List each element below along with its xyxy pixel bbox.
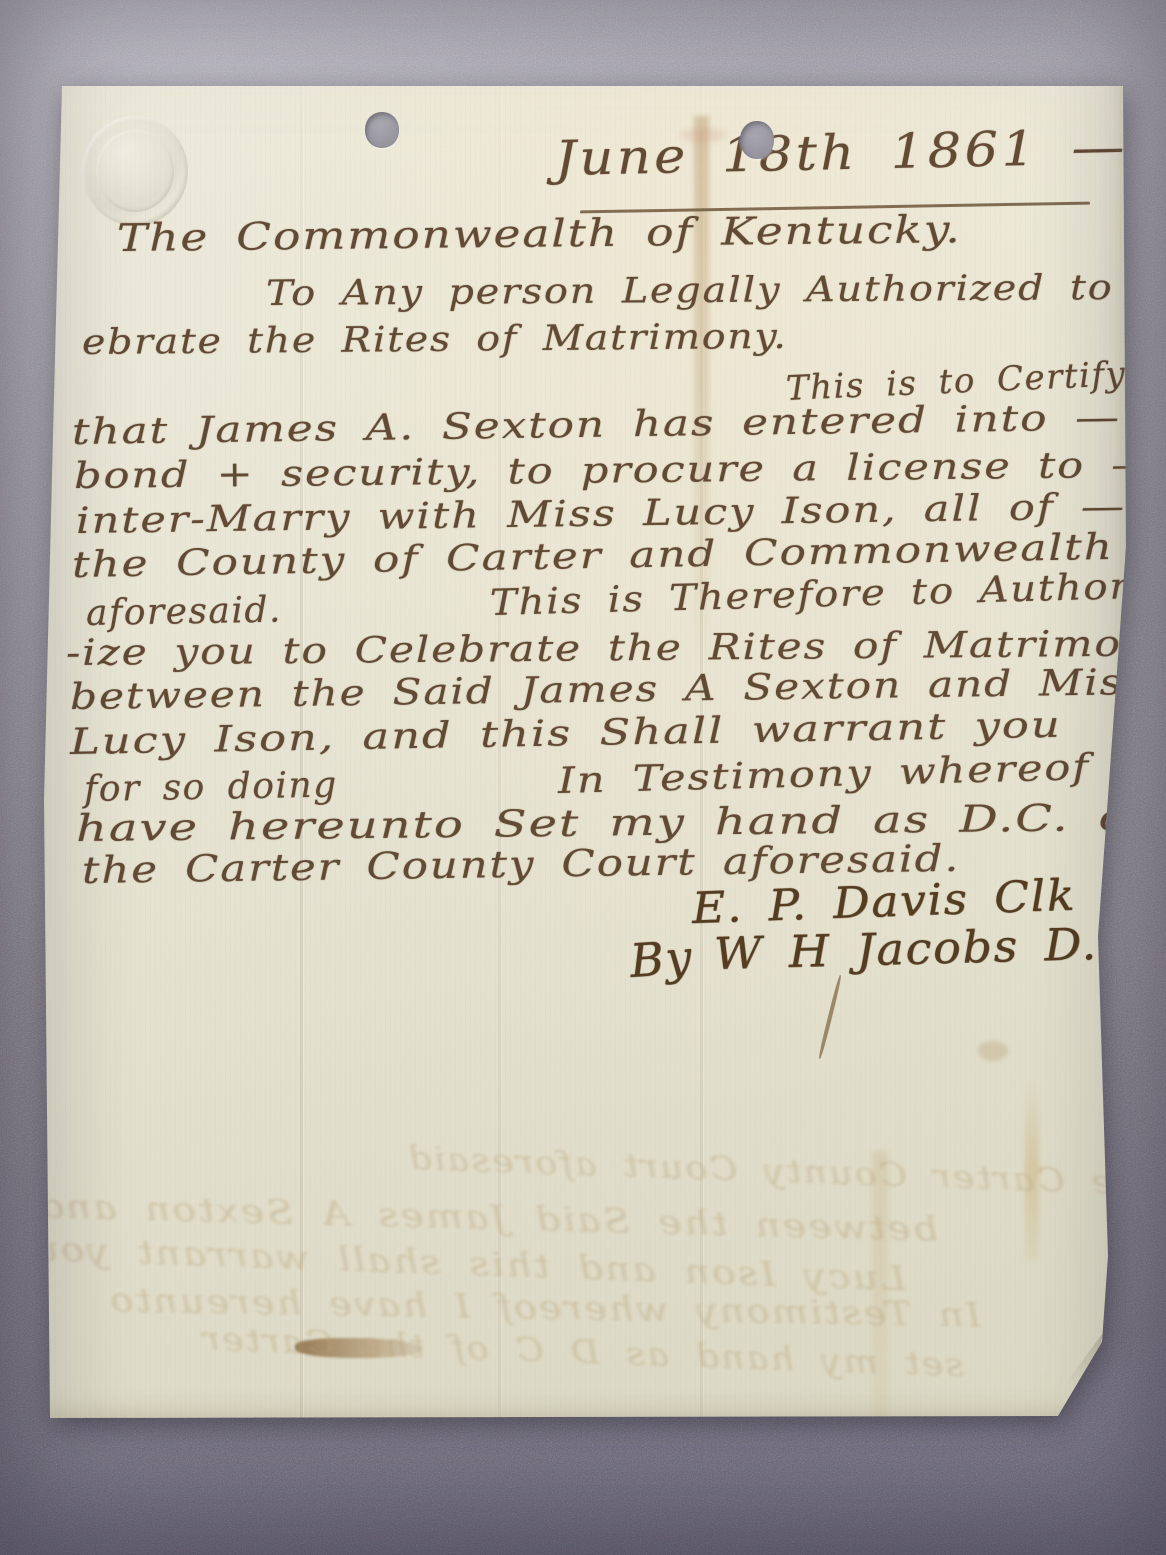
handwritten-line: that James A. Sexton has entered into —: [72, 397, 1121, 453]
handwritten-line: The Commonwealth of Kentucky.: [117, 207, 962, 260]
signature-by-word: By: [628, 930, 694, 988]
punch-hole-left: [365, 112, 399, 148]
handwritten-line: aforesaid.: [86, 590, 283, 634]
embossed-seal: [82, 116, 188, 226]
handwritten-line: In Testimony whereof I: [557, 746, 1135, 802]
stain-speck: [978, 1041, 1008, 1061]
paper-wrapper: the Carter County Court aforesaid betwee…: [0, 0, 1166, 1555]
handwritten-line: To Any person Legally Authorized to Cel: [266, 267, 1166, 314]
punch-hole-right: [740, 121, 774, 159]
photo-scene: the Carter County Court aforesaid betwee…: [0, 0, 1166, 1555]
signature-deputy: W H Jacobs D.C.: [713, 918, 1150, 980]
date-line: June 18th 1861 —: [554, 119, 1128, 187]
ink-bleedthrough-line: the Carter County Court aforesaid: [405, 1138, 1156, 1203]
handwritten-line: for so doing: [84, 765, 338, 810]
paper: the Carter County Court aforesaid betwee…: [40, 76, 1132, 1422]
handwritten-line: ebrate the Rites of Matrimony.: [82, 317, 788, 363]
signature-flourish: [818, 975, 843, 1059]
corner-fold-shadow: [1040, 1322, 1106, 1418]
